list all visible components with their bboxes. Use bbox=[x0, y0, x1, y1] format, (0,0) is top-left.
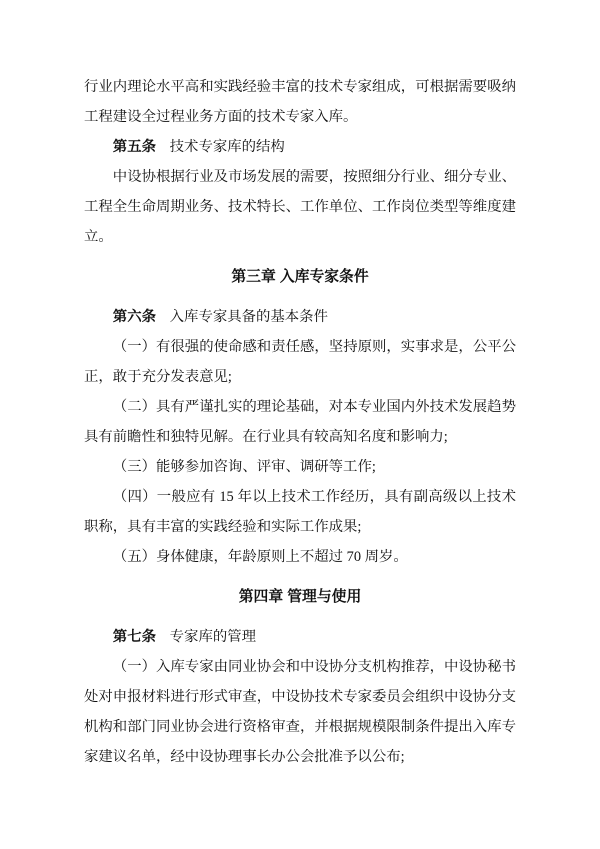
article-number: 第七条 bbox=[113, 629, 156, 645]
list-item-5: （五）身体健康，年龄原则上不超过 70 周岁。 bbox=[84, 542, 516, 572]
article-title: 技术专家库的结构 bbox=[170, 139, 285, 155]
article-heading-5: 第五条技术专家库的结构 bbox=[84, 132, 516, 162]
article-heading-7: 第七条专家库的管理 bbox=[84, 622, 516, 652]
article-number: 第五条 bbox=[113, 139, 156, 155]
list-item-1: （一）入库专家由同业协会和中设协分支机构推荐，中设协秘书处对申报材料进行形式审查… bbox=[84, 652, 516, 772]
document-page: 行业内理论水平高和实践经验丰富的技术专家组成，可根据需要吸纳工程建设全过程业务方… bbox=[0, 0, 600, 849]
list-item-3: （三）能够参加咨询、评审、调研等工作; bbox=[84, 452, 516, 482]
article-title: 入库专家具备的基本条件 bbox=[170, 309, 328, 325]
chapter-heading-3: 第三章 入库专家条件 bbox=[84, 262, 516, 292]
list-item-2: （二）具有严谨扎实的理论基础，对本专业国内外技术发展趋势具有前瞻性和独特见解。在… bbox=[84, 392, 516, 452]
list-item-4: （四）一般应有 15 年以上技术工作经历，具有副高级以上技术职称，具有丰富的实践… bbox=[84, 482, 516, 542]
document-content: 行业内理论水平高和实践经验丰富的技术专家组成，可根据需要吸纳工程建设全过程业务方… bbox=[0, 0, 600, 772]
article-number: 第六条 bbox=[113, 309, 156, 325]
article-heading-6: 第六条入库专家具备的基本条件 bbox=[84, 302, 516, 332]
body-paragraph: 中设协根据行业及市场发展的需要，按照细分行业、细分专业、工程全生命周期业务、技术… bbox=[84, 162, 516, 252]
article-title: 专家库的管理 bbox=[170, 629, 256, 645]
list-item-1: （一）有很强的使命感和责任感，坚持原则，实事求是，公平公正，敢于充分发表意见; bbox=[84, 332, 516, 392]
body-paragraph: 行业内理论水平高和实践经验丰富的技术专家组成，可根据需要吸纳工程建设全过程业务方… bbox=[84, 72, 516, 132]
chapter-heading-4: 第四章 管理与使用 bbox=[84, 582, 516, 612]
